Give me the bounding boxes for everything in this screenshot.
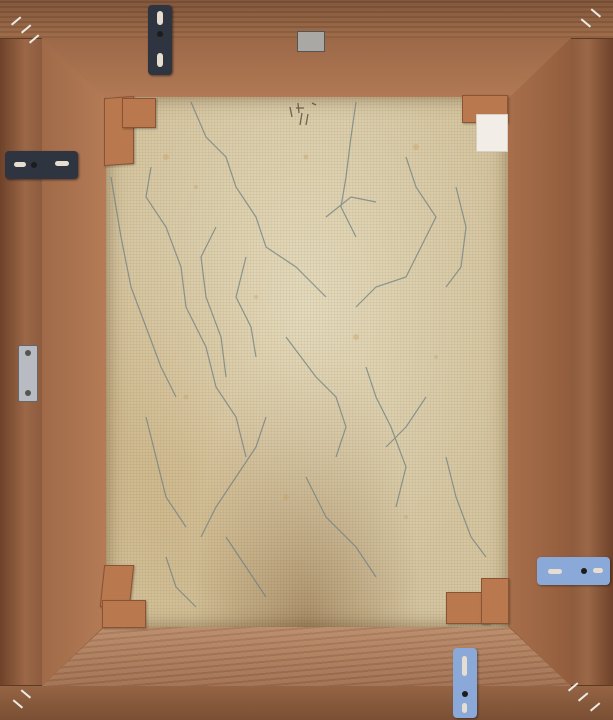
screw-icon bbox=[25, 350, 31, 356]
pencil-inscription bbox=[286, 99, 326, 127]
canvas-back bbox=[106, 97, 508, 627]
craquelure-lines bbox=[106, 97, 508, 627]
mounting-bracket-left bbox=[5, 151, 78, 179]
paper-label bbox=[476, 114, 508, 152]
mounting-bracket-right bbox=[537, 557, 610, 585]
bracket-slot bbox=[462, 703, 467, 713]
stretcher-left-bar bbox=[42, 38, 106, 686]
frame-bottom-board bbox=[0, 685, 613, 720]
screw-icon bbox=[462, 691, 468, 697]
screw-icon bbox=[25, 390, 31, 396]
screw-icon bbox=[31, 162, 37, 168]
screw-icon bbox=[157, 31, 163, 37]
bracket-slot bbox=[548, 569, 562, 574]
corner-key-bottom-left-b bbox=[102, 600, 146, 628]
latch-clip bbox=[18, 345, 38, 402]
stretcher-bottom-bar bbox=[42, 626, 571, 686]
bracket-slot bbox=[593, 568, 603, 573]
screw-icon bbox=[581, 568, 587, 574]
mounting-bracket-top bbox=[148, 5, 172, 75]
sawtooth-hanger bbox=[297, 31, 325, 52]
bracket-slot bbox=[462, 656, 467, 676]
framed-painting-back bbox=[0, 0, 613, 720]
corner-key-bottom-right-b bbox=[481, 578, 509, 624]
bracket-slot bbox=[157, 53, 163, 67]
bracket-slot bbox=[157, 11, 163, 25]
mounting-bracket-bottom bbox=[453, 648, 477, 718]
bracket-slot bbox=[55, 161, 69, 166]
corner-key-top-left-b bbox=[122, 98, 156, 128]
bracket-slot bbox=[14, 162, 26, 167]
stretcher-right-bar bbox=[507, 38, 571, 686]
frame-right-board bbox=[570, 0, 613, 720]
